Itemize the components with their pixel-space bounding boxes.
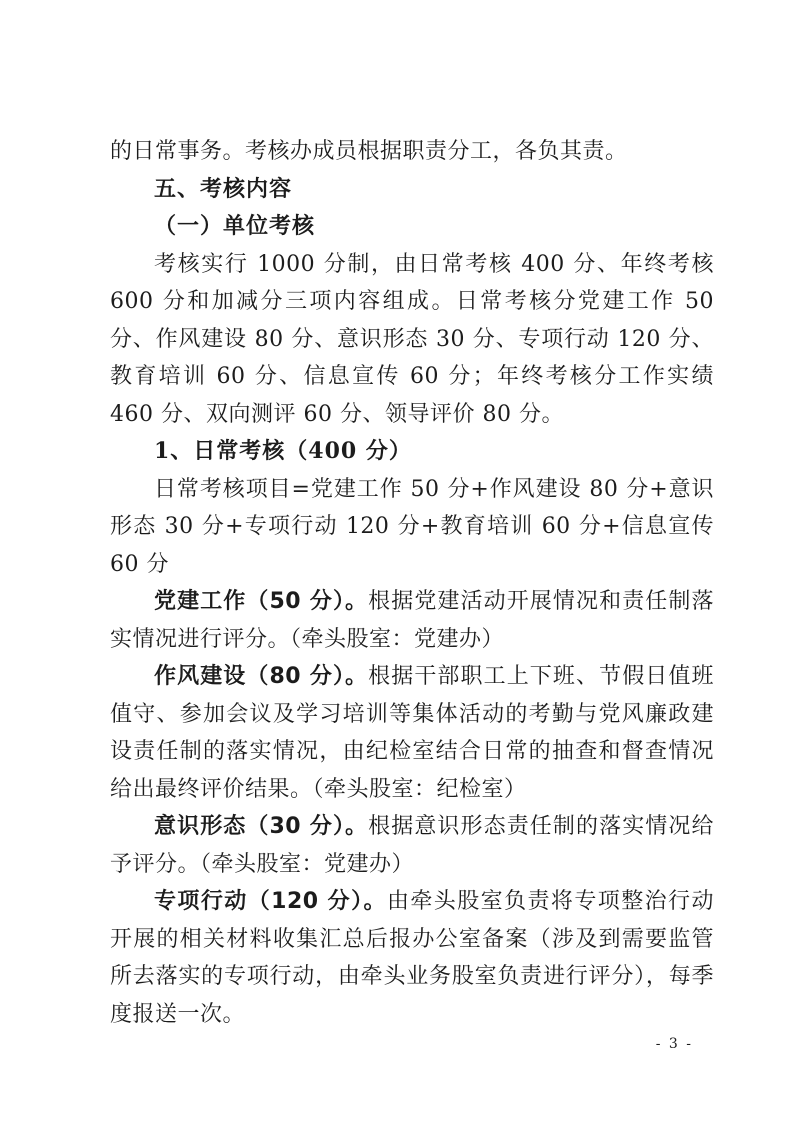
paragraph-text: 考核实行 1000 分制，由日常考核 400 分、年终考核 600 分和加减分三… bbox=[110, 252, 714, 427]
subsection-heading-unit-assessment: （一）单位考核 bbox=[110, 208, 714, 246]
heading-text: 五、考核内容 bbox=[154, 177, 292, 202]
paragraph-lead: 作风建设（80 分）。 bbox=[154, 664, 368, 689]
paragraph-continuation: 的日常事务。考核办成员根据职责分工，各负其责。 bbox=[110, 133, 714, 171]
paragraph-party-building: 党建工作（50 分）。根据党建活动开展情况和责任制落实情况进行评分。（牵头股室：… bbox=[110, 583, 714, 658]
subsection-heading-daily-assessment: 1、日常考核（400 分） bbox=[110, 433, 714, 471]
page-number: - 3 - bbox=[656, 1036, 693, 1052]
paragraph-special-action: 专项行动（120 分）。由牵头股室负责将专项整治行动开展的相关材料收集汇总后报办… bbox=[110, 883, 714, 1033]
paragraph-lead: 意识形态（30 分）。 bbox=[154, 814, 368, 839]
paragraph-lead: 专项行动（120 分）。 bbox=[154, 889, 387, 914]
paragraph-ideology: 意识形态（30 分）。根据意识形态责任制的落实情况给予评分。（牵头股室：党建办） bbox=[110, 808, 714, 883]
heading-text: 1、日常考核（400 分） bbox=[154, 438, 412, 464]
paragraph-text: 的日常事务。考核办成员根据职责分工，各负其责。 bbox=[110, 139, 628, 164]
paragraph-text: 日常考核项目=党建工作 50 分+作风建设 80 分+意识形态 30 分+专项行… bbox=[110, 477, 714, 577]
section-heading-assessment-content: 五、考核内容 bbox=[110, 171, 714, 209]
paragraph-daily-assessment-formula: 日常考核项目=党建工作 50 分+作风建设 80 分+意识形态 30 分+专项行… bbox=[110, 471, 714, 584]
paragraph-lead: 党建工作（50 分）。 bbox=[154, 589, 368, 614]
paragraph-scoring-overview: 考核实行 1000 分制，由日常考核 400 分、年终考核 600 分和加减分三… bbox=[110, 246, 714, 434]
document-body: 的日常事务。考核办成员根据职责分工，各负其责。 五、考核内容 （一）单位考核 考… bbox=[110, 133, 714, 1033]
paragraph-work-style: 作风建设（80 分）。根据干部职工上下班、节假日值班值守、参加会议及学习培训等集… bbox=[110, 658, 714, 808]
document-page: 的日常事务。考核办成员根据职责分工，各负其责。 五、考核内容 （一）单位考核 考… bbox=[0, 0, 793, 1122]
heading-text: （一）单位考核 bbox=[154, 213, 315, 239]
